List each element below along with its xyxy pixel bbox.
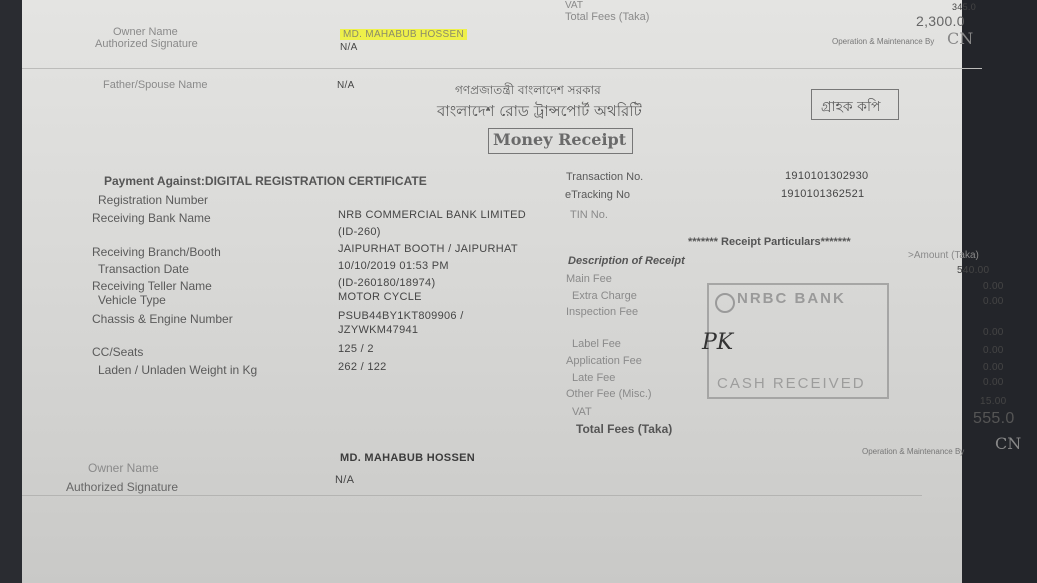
owner-name-value: MD. MAHABUB HOSSEN [340,29,467,40]
amount-header: >Amount (Taka) [908,250,979,261]
field-value: 10/10/2019 01:53 PM [338,260,449,272]
field-value: (ID-260) [338,226,381,238]
description-header: Description of Receipt [568,255,685,267]
field-value: JAIPURHAT BOOTH / JAIPURHAT [338,243,518,255]
particular-label: Extra Charge [572,290,637,302]
etracking-value: 1910101362521 [781,188,864,200]
particular-label: Label Fee [572,338,621,350]
field-value: NRB COMMERCIAL BANK LIMITED [338,209,526,221]
receipt-particulars-heading: ******* Receipt Particulars******* [688,236,851,248]
particular-amount: 0.00 [983,281,1004,292]
operation-maintenance-label: Operation & Maintenance By [862,447,964,456]
government-title: গণপ্রজাতন্ত্রী বাংলাদেশ সরকার [455,82,601,102]
particular-amount: 0.00 [983,345,1004,356]
particular-amount: 0.00 [983,296,1004,307]
field-label: Laden / Unladen Weight in Kg [98,363,257,377]
customer-copy-label: গ্রাহক কপি [821,95,880,119]
field-label: Registration Number [98,193,208,207]
owner-name-value: MD. MAHABUB HOSSEN [340,452,475,464]
teller-signature: PK [702,330,733,355]
owner-name-label: Owner Name [113,26,178,38]
bank-cash-received-stamp: NRBC BANK CASH RECEIVED [707,283,889,399]
particular-amount: 0.00 [983,362,1004,373]
operator-initials: CN [995,434,1021,453]
particular-label: Application Fee [566,355,642,367]
father-spouse-value: N/A [337,80,355,91]
copy-label-box: গ্রাহক কপি [811,89,899,120]
vat-label: VAT [565,0,583,11]
total-fees-label: Total Fees (Taka) [576,422,672,436]
field-label: Receiving Teller Name [92,279,212,293]
tin-label: TIN No. [570,209,608,221]
total-fees-label: Total Fees (Taka) [565,11,649,23]
authorized-signature-label: Authorized Signature [95,38,198,50]
field-label: Receiving Branch/Booth [92,245,221,259]
field-value: (ID-260180/18974) [338,277,435,289]
field-value: 262 / 122 [338,361,387,373]
payment-against: Payment Against:DIGITAL REGISTRATION CER… [104,174,427,188]
particular-amount: 0.00 [983,377,1004,388]
operator-initials: CN [947,29,973,48]
vat-value: 345.0 [952,2,976,12]
field-value: 125 / 2 [338,343,374,355]
paper-fold-line [22,495,922,496]
bank-logo-icon [715,293,735,313]
authorized-signature-label: Authorized Signature [66,480,178,494]
total-fees-value: 555.0 [973,410,1015,428]
field-value: MOTOR CYCLE [338,291,422,303]
receipt-title-box: Money Receipt [488,128,633,154]
operation-maintenance-label: Operation & Maintenance By [832,37,934,46]
paper-fold-line [22,68,982,69]
receipt-title: Money Receipt [493,130,626,149]
stamp-bank-name: NRBC BANK [737,290,846,307]
field-label: Receiving Bank Name [92,211,211,225]
particular-label: VAT [572,406,592,418]
particular-amount: 0.00 [983,327,1004,338]
particular-label: Main Fee [566,273,612,285]
field-label: Transaction Date [98,262,189,276]
particular-label: Late Fee [572,372,615,384]
father-spouse-label: Father/Spouse Name [103,79,208,91]
field-label: Vehicle Type [98,293,166,307]
field-label: CC/Seats [92,345,143,359]
particular-label: Other Fee (Misc.) [566,388,652,400]
field-value: PSUB44BY1KT809906 / [338,310,464,322]
transaction-no-label: Transaction No. [566,171,643,183]
authorized-signature-value: N/A [340,42,358,53]
field-value: JZYWKM47941 [338,324,418,336]
authority-title: বাংলাদেশ রোড ট্রান্সপোর্ট অথরিটি [437,100,642,125]
particular-amount: 15.00 [980,396,1007,407]
total-fees-value: 2,300.0 [916,13,965,29]
authorized-signature-value: N/A [335,474,354,486]
field-label: Chassis & Engine Number [92,312,233,326]
etracking-label: eTracking No [565,189,630,201]
particular-amount: 540.00 [957,265,989,276]
transaction-no-value: 1910101302930 [785,170,868,182]
stamp-status: CASH RECEIVED [717,375,866,392]
owner-name-label: Owner Name [88,461,159,475]
particular-label: Inspection Fee [566,306,638,318]
